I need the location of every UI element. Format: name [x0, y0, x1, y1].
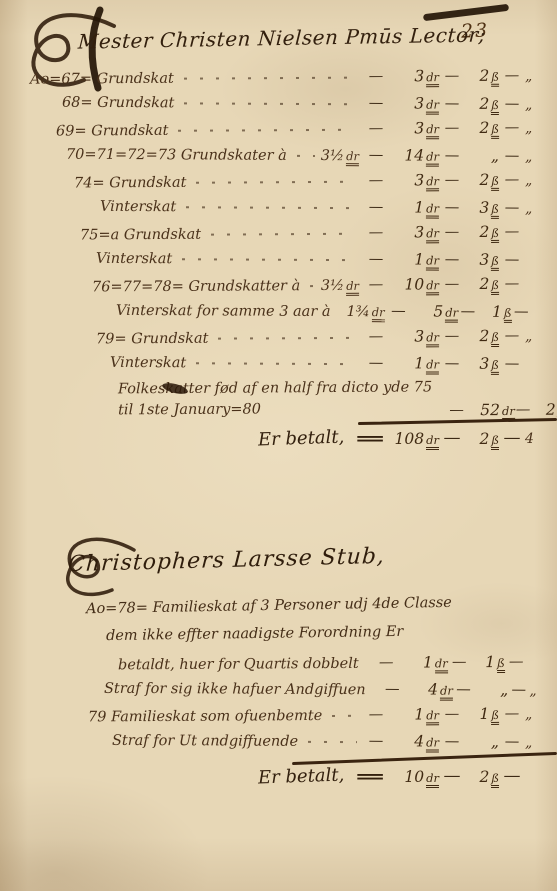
dot-leader [182, 258, 353, 261]
column-dash: — [500, 172, 524, 188]
ledger-row: Vinterskat — 1dr — 3ß — „ [100, 189, 557, 217]
column-dash: — [500, 428, 524, 448]
column-dash: — [364, 68, 388, 84]
unit-skilling: ß [491, 433, 499, 450]
column-dash: — [449, 402, 464, 418]
entry-label: Vinterskat [96, 251, 172, 267]
unit-daler: dr [426, 735, 439, 752]
unit-daler: dr [426, 708, 439, 725]
column-dash: — [383, 681, 402, 697]
column-dash: — [509, 682, 528, 698]
amount-skilling: 1ß [465, 705, 499, 723]
column-dash: — [440, 706, 464, 722]
amount-daler: 52dr [465, 401, 515, 419]
ledger-row: Ao=67= Grundskat — 3dr — 2ß — „ [30, 58, 557, 87]
column-dash: — [500, 276, 524, 292]
unit-daler: dr [426, 278, 439, 295]
amount-daler: 4dr [389, 732, 439, 750]
dot-leader [196, 181, 353, 184]
ledger-row: Straf for sig ikke hafuer Andgiffuen — 4… [104, 671, 557, 699]
unit-skilling: ß [491, 278, 499, 295]
amount-daler: 1dr [398, 653, 448, 671]
total-row: Er betalt, = 10dr — 2ß — [258, 766, 557, 787]
entry-label: 70=71=72=73 Grundskater à [66, 147, 287, 164]
amount-daler: 1dr [389, 198, 439, 216]
column-dash: — [364, 121, 388, 137]
entry-label: Vinterskat [110, 355, 186, 371]
column-dash: — [364, 95, 388, 111]
amount-skilling: 2ß [465, 223, 499, 241]
amount-daler: 1dr [389, 705, 439, 723]
unit-skilling: ß [491, 70, 499, 87]
amount-extra: „ [525, 173, 547, 189]
column-dash: — [364, 225, 388, 241]
ledger-row: 70=71=72=73 Grundskater à 3½dr — 14dr — … [66, 137, 557, 166]
column-dash: — [364, 251, 388, 267]
unit-daler: dr [435, 656, 448, 673]
amount-extra: „ [525, 121, 547, 137]
entry-label: Vinterskat [100, 199, 176, 215]
total-skilling: 2ß [465, 768, 499, 786]
unit-skilling: ß [497, 656, 505, 673]
ledger-row: 68= Grundskat — 3dr — 2ß — „ [62, 85, 557, 114]
amount-skilling: 2ß [465, 119, 499, 137]
column-dash: — [440, 328, 464, 344]
unit-daler: dr [426, 122, 439, 139]
equals-sign: = [353, 429, 387, 449]
column-dash: — [364, 199, 388, 215]
amount-daler: 3dr [389, 327, 439, 345]
manuscript-page: 23 Mester Christen Nielsen Pmūs Lector; … [0, 0, 557, 891]
amount-extra: „ [525, 68, 547, 84]
unit-daler: dr [426, 433, 439, 450]
column-dash: — [500, 328, 524, 344]
column-dash: — [440, 766, 464, 786]
column-dash: — [440, 200, 464, 216]
column-dash: — [500, 68, 524, 84]
amount-daler: 10dr [389, 275, 439, 293]
amount-daler: 3dr [389, 171, 439, 189]
column-dash: — [376, 655, 397, 671]
dot-leader [178, 129, 353, 132]
total-row: Er betalt, = 108dr — 2ß — 4 [258, 428, 557, 449]
unit-skilling: ß [491, 708, 499, 725]
column-dash: — [364, 173, 388, 189]
column-dash: — [440, 148, 464, 164]
column-dash: — [440, 356, 464, 372]
column-dash: — [506, 654, 527, 670]
ledger-row: 69= Grundskat — 3dr — 2ß — „ [56, 110, 557, 139]
column-dash: — [500, 356, 524, 372]
ledger-note-row: Folkeskatter fød af en half fra dicto yd… [118, 371, 557, 422]
column-dash: — [364, 147, 388, 163]
amount-skilling: 2ß [465, 327, 499, 345]
column-dash: — [364, 329, 388, 345]
ledger-row: 76=77=78= Grundskatter à 3½dr — 10dr — 2… [92, 267, 557, 296]
dot-leader [186, 206, 353, 209]
ledger-row: Straf for Ut andgiffuende — 4dr — „ — „ [112, 723, 557, 751]
entry-rate: 3½dr [321, 278, 359, 294]
column-dash: — [516, 402, 531, 418]
column-dash: — [390, 303, 408, 319]
column-dash: — [440, 276, 464, 292]
column-dash: — [500, 148, 524, 164]
column-dash: — [440, 68, 464, 84]
amount-daler: 3dr [389, 223, 439, 241]
amount-daler: 5dr [408, 302, 458, 320]
ledger-section-2: betaldt, huer for Quartis dobbelt — 1dr … [0, 646, 557, 750]
unit-daler: dr [426, 330, 439, 347]
entry-label: 68= Grundskat [62, 95, 174, 112]
unit-daler: dr [426, 174, 439, 191]
ledger-row: 79= Grundskat — 3dr — 2ß — „ [96, 319, 557, 348]
unit-skilling: ß [491, 226, 499, 243]
note-line-2: til 1ste January=80 [118, 398, 432, 421]
column-dash: — [459, 304, 477, 320]
equals-sign: = [353, 767, 387, 787]
column-dash: — [364, 707, 388, 723]
amount-skilling: 1ß [471, 653, 505, 671]
ledger-row: 75=a Grundskat — 3dr — 2ß — [80, 215, 557, 244]
amount-skilling: 2ß [465, 171, 499, 189]
ledger-row: Vinterskat — 1dr — 3ß — [96, 241, 557, 269]
dot-leader [184, 102, 353, 105]
column-dash: — [513, 304, 531, 320]
total-daler: 10dr [389, 768, 439, 786]
dot-leader [218, 337, 353, 340]
column-dash: — [440, 252, 464, 268]
total-label: Er betalt, [258, 427, 345, 451]
column-dash: — [364, 733, 388, 749]
dot-leader [196, 362, 353, 365]
amount-skilling: „ [465, 733, 499, 751]
column-dash: — [364, 277, 388, 293]
dot-leader [297, 155, 315, 157]
ledger-row: Vinterskat — 1dr — 3ß — [110, 345, 557, 373]
unit-daler: dr [426, 771, 439, 788]
amount-skilling: 2ß [465, 67, 499, 85]
amount-extra: „ [525, 329, 547, 345]
ledger-row: Vinterskat for samme 3 aar à 1¾dr — 5dr … [116, 293, 557, 321]
ledger-row: 79 Familieskat som ofuenbemte — 1dr — 1ß… [88, 697, 557, 726]
entry-rate: 1¾dr [346, 304, 384, 320]
total-label: Er betalt, [258, 765, 345, 789]
sum-rule [292, 752, 557, 765]
column-dash: — [500, 734, 524, 750]
entry-label: Vinterskat for samme 3 aar à [116, 303, 331, 320]
dot-leader [308, 741, 357, 743]
amount-daler: 4dr [403, 680, 453, 698]
column-dash: — [440, 734, 464, 750]
column-dash: — [500, 252, 524, 268]
column-dash: — [440, 96, 464, 112]
dot-leader [211, 233, 353, 236]
total-extra: 4 [525, 431, 547, 447]
total-daler: 108dr [389, 430, 439, 448]
column-dash: — [364, 355, 388, 371]
unit-daler: dr [426, 226, 439, 243]
total-skilling: 2ß [465, 430, 499, 448]
amount-daler: 1dr [389, 250, 439, 268]
column-dash: — [440, 120, 464, 136]
column-dash: — [454, 682, 473, 698]
column-dash: — [500, 706, 524, 722]
unit-skilling: ß [491, 771, 499, 788]
ledger-row: betaldt, huer for Quartis dobbelt — 1dr … [118, 645, 557, 674]
ledger-row: 74= Grundskat — 3dr — 2ß — „ [74, 163, 557, 192]
column-dash: — [500, 200, 524, 216]
dot-leader [184, 77, 353, 80]
amount-daler: 14dr [389, 146, 439, 164]
unit-daler: dr [426, 70, 439, 87]
unit-skilling: ß [491, 330, 499, 347]
dot-leader [310, 285, 315, 287]
amount-daler: 3dr [389, 119, 439, 137]
amount-daler: 3dr [389, 67, 439, 85]
amount-extra: „ [525, 707, 547, 723]
entry-label: Straf for sig ikke hafuer Andgiffuen [104, 681, 366, 698]
column-dash: — [500, 120, 524, 136]
unit-skilling: ß [491, 174, 499, 191]
account-line: dem ikke effter naadigste Forordning Er [106, 624, 404, 644]
column-dash: — [440, 172, 464, 188]
column-dash: — [500, 224, 524, 240]
unit-skilling: ß [491, 122, 499, 139]
column-dash: — [449, 654, 470, 670]
entry-label: Straf for Ut andgiffuende [112, 733, 298, 750]
column-dash: — [500, 766, 524, 786]
amount-extra: „ [525, 735, 547, 751]
amount-skilling: 2ß [465, 275, 499, 293]
ink-stroke [423, 4, 509, 21]
entry-rate: 3½dr [321, 148, 359, 164]
amount-skilling: 2ß [531, 401, 557, 419]
dot-leader [332, 715, 357, 717]
column-dash: — [440, 428, 464, 448]
column-dash: — [440, 224, 464, 240]
amount-daler: 1dr [389, 354, 439, 372]
ledger-section-1: Ao=67= Grundskat — 3dr — 2ß — „ 68= Grun… [0, 60, 557, 420]
amount-daler: 3dr [389, 94, 439, 112]
